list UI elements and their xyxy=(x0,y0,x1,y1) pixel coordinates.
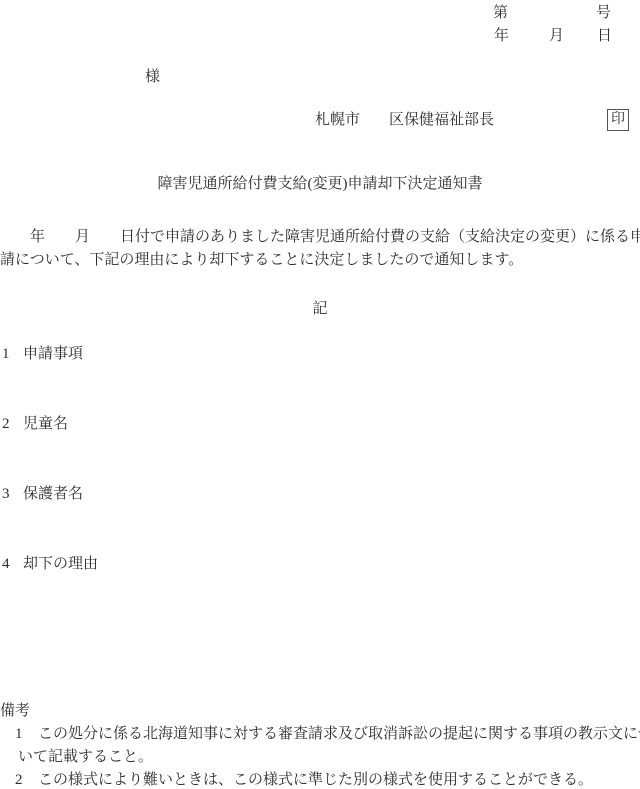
addressee-honorific: 様 xyxy=(145,68,160,86)
seal-character: 印 xyxy=(611,112,625,129)
item-label: 却下の理由 xyxy=(23,556,98,572)
issuer-office: 区保健福祉部長 xyxy=(389,111,494,129)
item-guardian-name: 3保護者名 xyxy=(2,485,83,503)
date-year-label: 年 xyxy=(494,27,509,45)
remark-number: 1 xyxy=(15,725,38,743)
doc-number-suffix: 号 xyxy=(596,4,611,22)
remarks-heading: 備考 xyxy=(0,702,30,720)
date-month-label: 月 xyxy=(549,27,564,45)
doc-number-prefix: 第 xyxy=(493,4,508,22)
item-label: 保護者名 xyxy=(23,486,83,502)
remark-note1-line2: いて記載すること。 xyxy=(18,748,153,766)
body-line-1: 年 月 日付で申請のありました障害児通所給付費の支給（支給決定の変更）に係る申 xyxy=(0,228,640,251)
remark-text: この様式により難いときは、この様式に準じた別の様式を使用することができる。 xyxy=(38,772,593,788)
date-day-label: 日 xyxy=(597,27,612,45)
item-number: 1 xyxy=(2,345,23,363)
item-application-matters: 1申請事項 xyxy=(2,345,83,363)
remark-text: この処分に係る北海道知事に対する審査請求及び取消訴訟の提起に関する事項の教示文に… xyxy=(38,726,640,742)
official-seal-box: 印 xyxy=(607,109,629,131)
issuer-city: 札幌市 xyxy=(315,111,360,129)
record-marker: 記 xyxy=(0,300,640,318)
item-child-name: 2児童名 xyxy=(2,415,68,433)
item-number: 2 xyxy=(2,415,23,433)
notice-document-page: 第 号 年 月 日 様 札幌市 区保健福祉部長 印 障害児通所給付費支給(変更)… xyxy=(0,0,640,789)
item-number: 3 xyxy=(2,485,23,503)
remark-note2: 2この様式により難いときは、この様式に準じた別の様式を使用することができる。 xyxy=(15,771,593,789)
body-paragraph: 年 月 日付で申請のありました障害児通所給付費の支給（支給決定の変更）に係る申 … xyxy=(0,228,640,274)
item-label: 児童名 xyxy=(23,416,68,432)
item-number: 4 xyxy=(2,555,23,573)
document-title: 障害児通所給付費支給(変更)申請却下決定通知書 xyxy=(0,175,640,193)
body-line-2: 請について、下記の理由により却下することに決定しましたので通知します。 xyxy=(0,251,640,274)
remark-note1-line1: 1この処分に係る北海道知事に対する審査請求及び取消訴訟の提起に関する事項の教示文… xyxy=(15,725,640,743)
item-label: 申請事項 xyxy=(23,346,83,362)
item-rejection-reason: 4却下の理由 xyxy=(2,555,98,573)
remark-text: いて記載すること。 xyxy=(18,749,153,765)
remark-number: 2 xyxy=(15,771,38,789)
